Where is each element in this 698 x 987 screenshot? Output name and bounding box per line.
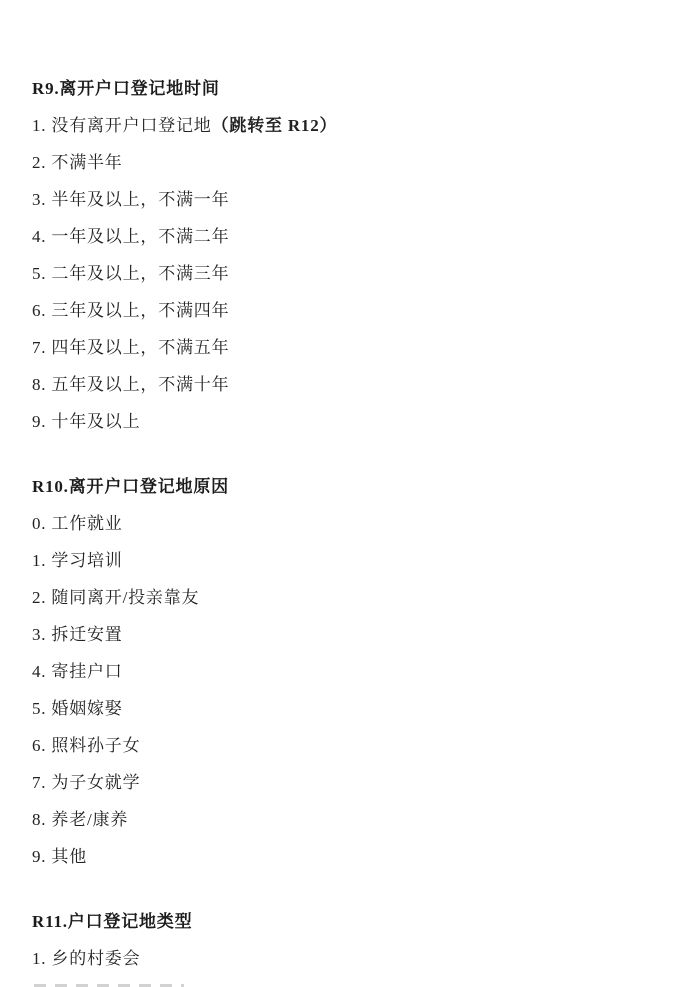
r11-option-1: 1. 乡的村委会 — [32, 940, 658, 977]
r10-option-8: 8. 养老/康养 — [32, 801, 658, 838]
r10-option-7: 7. 为子女就学 — [32, 764, 658, 801]
r9-option-1-text: 1. 没有离开户口登记地 — [32, 116, 212, 135]
r9-option-1: 1. 没有离开户口登记地（跳转至 R12） — [32, 107, 658, 144]
r9-option-5: 5. 二年及以上，不满三年 — [32, 255, 658, 292]
r10-option-4: 4. 寄挂户口 — [32, 653, 658, 690]
r10-option-5: 5. 婚姻嫁娶 — [32, 690, 658, 727]
r9-option-3: 3. 半年及以上，不满一年 — [32, 181, 658, 218]
r10-option-0: 0. 工作就业 — [32, 505, 658, 542]
r9-option-8: 8. 五年及以上，不满十年 — [32, 366, 658, 403]
r10-option-6: 6. 照料孙子女 — [32, 727, 658, 764]
section-divider-space — [32, 440, 658, 468]
r9-option-1-jump-note: （跳转至 R12） — [212, 116, 338, 135]
r9-option-7: 7. 四年及以上，不满五年 — [32, 329, 658, 366]
r9-option-2: 2. 不满半年 — [32, 144, 658, 181]
r10-option-1: 1. 学习培训 — [32, 542, 658, 579]
r9-option-6: 6. 三年及以上，不满四年 — [32, 292, 658, 329]
questionnaire-page: R9.离开户口登记地时间 1. 没有离开户口登记地（跳转至 R12） 2. 不满… — [0, 0, 698, 987]
section-r10-title: R10.离开户口登记地原因 — [32, 468, 658, 505]
section-divider-space — [32, 875, 658, 903]
r10-option-3: 3. 拆迁安置 — [32, 616, 658, 653]
section-r11-title: R11.户口登记地类型 — [32, 903, 658, 940]
r9-option-4: 4. 一年及以上，不满二年 — [32, 218, 658, 255]
r10-option-2: 2. 随同离开/投亲靠友 — [32, 579, 658, 616]
r9-option-9: 9. 十年及以上 — [32, 403, 658, 440]
section-r9-title: R9.离开户口登记地时间 — [32, 70, 658, 107]
r10-option-9: 9. 其他 — [32, 838, 658, 875]
